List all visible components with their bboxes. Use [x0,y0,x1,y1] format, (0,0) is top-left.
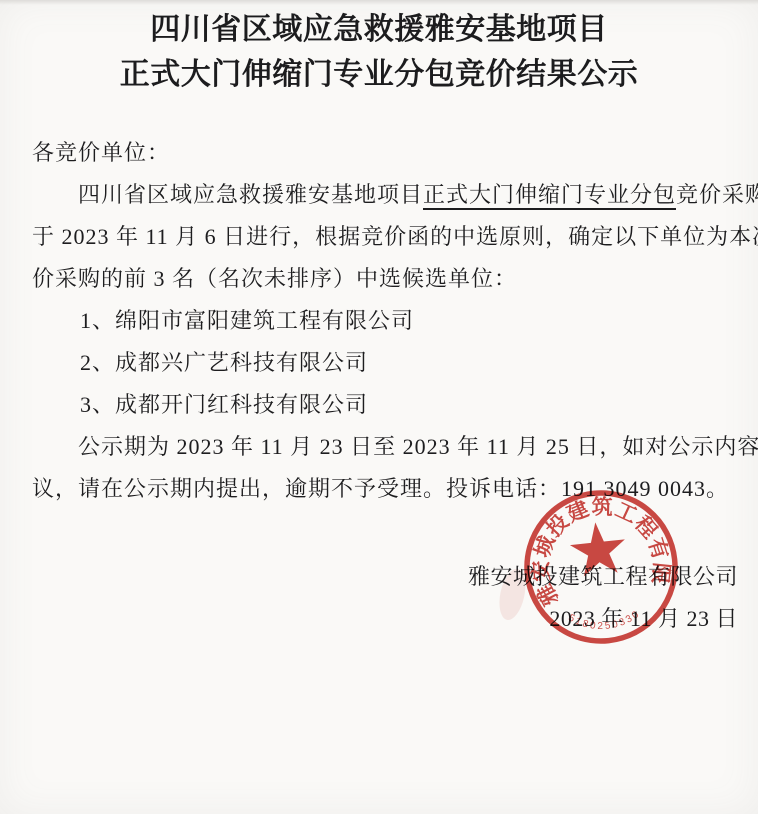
announcement-page: 四川省区域应急救援雅安基地项目 正式大门伸缩门专业分包竞价结果公示 各竞价单位：… [0,0,758,814]
seal-smudge [495,566,529,622]
winner-item-2: 2、成都兴广艺科技有限公司 [32,342,738,384]
para1-line1-pre: 四川省区域应急救援雅安基地项目 [78,182,423,207]
paragraph2-line1: 公示期为 2023 年 11 月 23 日至 2023 年 11 月 25 日，… [32,426,738,468]
para1-line1-underlined: 正式大门伸缩门专业分包 [423,182,676,210]
title-line-2: 正式大门伸缩门专业分包竞价结果公示 [0,52,758,97]
winner-item-1: 1、绵阳市富阳建筑工程有限公司 [32,300,738,342]
para1-line1-post: 竞价采购 [676,182,758,207]
paragraph1-line2: 于 2023 年 11 月 6 日进行，根据竞价函的中选原则，确定以下单位为本次… [32,216,738,258]
paragraph1-line1: 四川省区域应急救援雅安基地项目正式大门伸缩门专业分包竞价采购 [32,174,738,216]
salutation: 各竞价单位： [32,132,738,174]
seal-star-icon [568,519,628,577]
paragraph1-line3: 价采购的前 3 名（名次未排序）中选候选单位： [32,258,738,300]
title-line-1: 四川省区域应急救援雅安基地项目 [0,7,758,52]
company-seal: 雅安城投建筑工程有限公司 5180250330 [480,478,700,668]
winner-item-3: 3、成都开门红科技有限公司 [32,384,738,426]
document-title: 四川省区域应急救援雅安基地项目 正式大门伸缩门专业分包竞价结果公示 [0,7,758,97]
scan-edge [0,0,758,5]
